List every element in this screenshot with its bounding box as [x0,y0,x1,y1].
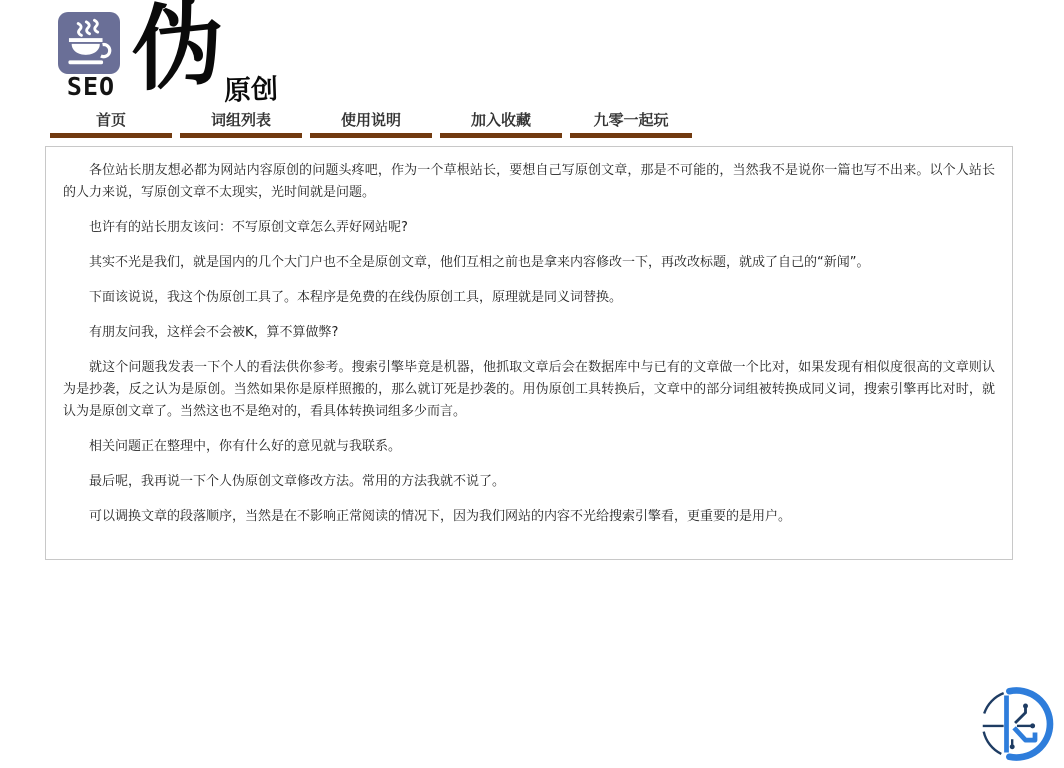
main-nav: 首页 词组列表 使用说明 加入收藏 九零一起玩 [50,111,692,138]
brand-calligraphy-sub: 原创 [223,67,278,108]
article-paragraph: 相关问题正在整理中，你有什么好的意见就与我联系。 [63,436,995,458]
nav-item-home[interactable]: 首页 [50,111,172,138]
article-paragraph: 其实不光是我们，就是国内的几个大门户也不全是原创文章，他们互相之前也是拿来内容修… [63,252,995,274]
article-paragraph: 最后呢，我再说一下个人伪原创文章修改方法。常用的方法我就不说了。 [63,471,995,493]
brand-calligraphy-main: 伪 [132,0,224,99]
seo-label: SEO [58,74,124,100]
nav-item-phrase-list[interactable]: 词组列表 [180,111,302,138]
nav-item-90-play[interactable]: 九零一起玩 [570,111,692,138]
article-paragraph: 可以调换文章的段落顺序，当然是在不影响正常阅读的情况下，因为我们网站的内容不光给… [63,506,995,528]
article-paragraph: 有朋友问我，这样会不会被K，算不算做弊? [63,322,995,344]
article-paragraph: 下面该说说，我这个伪原创工具了。本程序是免费的在线伪原创工具，原理就是同义词替换… [63,287,995,309]
site-logo[interactable]: SEO 伪 原创 [58,12,312,108]
nav-item-instructions[interactable]: 使用说明 [310,111,432,138]
nav-item-add-favorite[interactable]: 加入收藏 [440,111,562,138]
article-paragraph: 各位站长朋友想必都为网站内容原创的问题头疼吧，作为一个草根站长，要想自己写原创文… [63,160,995,204]
coffee-cup-icon [58,12,120,74]
brand-calligraphy: 伪 原创 [132,12,312,108]
article-paragraph: 就这个问题我发表一下个人的看法供你参考。搜索引擎毕竟是机器，他抓取文章后会在数据… [63,357,995,423]
article-paragraph: 也许有的站长朋友该问：不写原创文章怎么弄好网站呢? [63,217,995,239]
circuit-k-logo [978,684,1054,764]
seo-logo-block[interactable]: SEO [58,12,124,100]
article-content-box: 各位站长朋友想必都为网站内容原创的问题头疼吧，作为一个草根站长，要想自己写原创文… [45,146,1013,560]
